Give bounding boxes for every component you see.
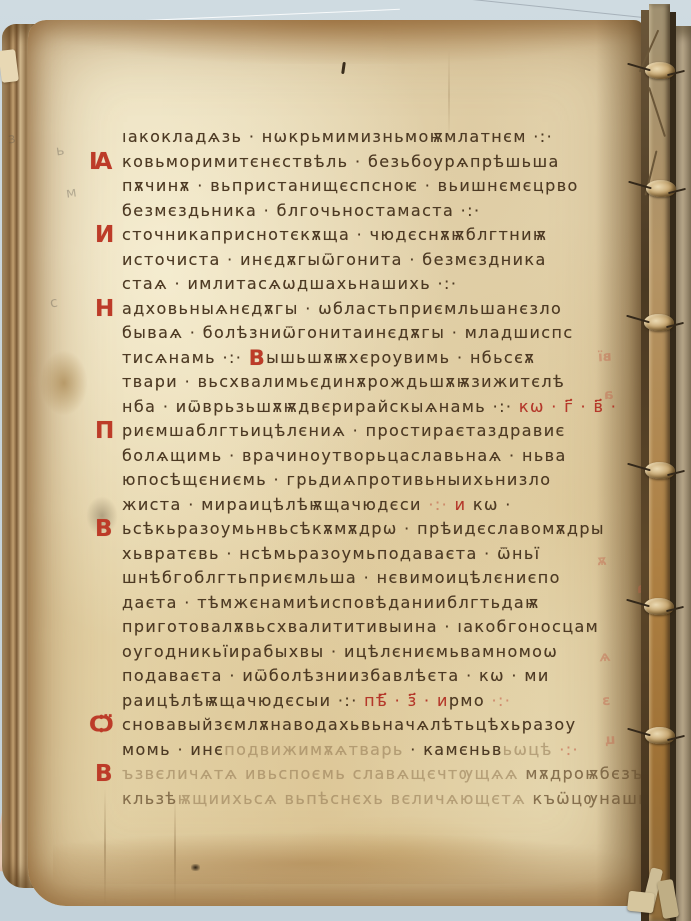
frayed-parchment (627, 891, 655, 914)
text-segment: ъзвєличѧтѧ ивьспоємь славѧщєчтѹщѧѧ (122, 764, 525, 783)
ink-speck (341, 62, 346, 74)
text-block: ıакокладѧзь · нѡкрьмимизньмоѭмлатнєм ·:·… (122, 127, 626, 813)
text-line: хьвратєвь · нсѣмьразоумьподаваєта · ѿньї (122, 544, 626, 569)
text-line: Надховьныѧнєдѫгы · ѡбластьприємльшанєзло (122, 299, 626, 324)
text-line: болѧщимь · врачиноутворьцаславьнаѧ · ньв… (122, 446, 626, 471)
text-segment: ıакокладѧзь · нѡкрьмимизньмоѭмлатнєм ·:· (122, 127, 553, 146)
text-segment: В (249, 346, 266, 370)
text-line: приготовалѫвьсхвалититивыина · ıакобгоно… (122, 617, 626, 642)
rubric-initial: В (95, 516, 112, 542)
text-segment: мѫдроѭбєзъ (525, 764, 644, 783)
background-scratch (396, 0, 645, 18)
parchment-page: ıакокладѧзь · нѡкрьмимизньмоѭмлатнєм ·:·… (28, 20, 644, 906)
text-segment: · камєньв (404, 740, 503, 759)
text-segment: источиста · инєдѫгыѿгонита · безмєздника (122, 250, 547, 269)
text-segment: раицѣлѣѭщачюдєсыи ·:· (122, 691, 364, 710)
text-segment: риємшаблгтьицѣлєниѧ · простираєтаздравиє (122, 421, 566, 440)
text-segment: нба · иѿврьзьшѫѭдвєрирайскыѧнамь ·:· (122, 397, 519, 416)
text-line: Ѻ̈сновавыйзємлѫнаводахьвьначѧлѣтьцѣхьраз… (122, 715, 626, 740)
text-line: бываѧ · болѣзниѿгонитаинєдѫгы · младшисп… (122, 323, 626, 348)
sewing-knot (645, 727, 675, 744)
text-segment: ·:· (428, 495, 454, 514)
manuscript-photo: ıакокладѧзь · нѡкрьмимизньмоѭмлатнєм ·:·… (0, 0, 691, 921)
text-line: момь · инєподвижимѫѧтварь · камєньвьѡцѣ … (122, 740, 626, 765)
text-segment: къѡ̈цѹнаши (526, 789, 650, 808)
text-line: Възвєличѧтѧ ивьспоємь славѧщєчтѹщѧѧ мѫдр… (122, 764, 626, 789)
text-segment: рмо (449, 691, 485, 710)
text-line: твари · вьсхвалимьєдинѫрождьшѫѭзижитєлѣ (122, 372, 626, 397)
text-segment: ѭщиихьсѧ вьпѣснєхь вєличѧющєтѧ (178, 789, 526, 808)
text-segment: подвижимѫѧтварь (224, 740, 403, 759)
text-line: нба · иѿврьзьшѫѭдвєрирайскыѧнамь ·:· кѡ … (122, 397, 626, 422)
text-segment: ышьшѫѭхєроувимь · нбьсєѫ (266, 348, 535, 367)
text-segment: момь · инє (122, 740, 224, 759)
text-line: Источникаприснотєкѫща · чюдєснѫѭблгтниѭ (122, 225, 626, 250)
binding-spine (640, 0, 691, 921)
text-segment: бываѧ · болѣзниѿгонитаинєдѫгы · младшисп… (122, 323, 574, 342)
text-line: безмєздьника · блгочьностамаста ·:· (122, 201, 626, 226)
text-segment: юпосѣщєниємь · грьдиѧпротивьныихьнизло (122, 470, 551, 489)
text-segment: адховьныѧнєдѫгы · ѡбластьприємльшанєзло (122, 299, 562, 318)
text-line: жиста · мираицѣлѣѭщачюдєси ·:· и кѡ · (122, 495, 626, 520)
rubric-initial: П (95, 418, 113, 444)
text-line: юпосѣщєниємь · грьдиѧпротивьныихьнизло (122, 470, 626, 495)
text-segment: подаваєта · иѿболѣзниизбавлѣєта · кѡ · м… (122, 666, 550, 685)
stain (40, 350, 88, 416)
text-segment: кѡ · г҃ · в҃ · (519, 397, 617, 416)
sewing-knot (646, 180, 676, 197)
text-segment: жиста · мираицѣлѣѭщачюдєси (122, 495, 428, 514)
text-segment: оугодникьїирабыхвы · ицѣлєниємьвамномоѡ (122, 642, 558, 661)
adjacent-cover-edge (676, 26, 691, 921)
sewing-knot (644, 598, 674, 615)
text-line: стаѧ · имлитасѧѡдшахьнашихь ·:· (122, 274, 626, 299)
text-line: шнѣбгоблгтьприємльша · нєвимоицѣлєниєпо (122, 568, 626, 593)
text-segment: тисѧнамь ·:· (122, 348, 249, 367)
stain (278, 815, 518, 887)
rubric-initial: Н (95, 296, 113, 322)
rubric-initial: ІА (89, 149, 109, 175)
sewing-knot (645, 462, 675, 479)
ink-speck (191, 864, 200, 871)
sewing-knot (644, 314, 674, 331)
text-segment: кѡ · (466, 495, 511, 514)
text-line: подаваєта · иѿболѣзниизбавлѣєта · кѡ · м… (122, 666, 626, 691)
text-line: раицѣлѣѭщачюдєсыи ·:· пѣ҃ · з҃ · ирмо ·:… (122, 691, 626, 716)
text-segment: ·:· (553, 740, 579, 759)
text-line: источиста · инєдѫгыѿгонита · безмєздника (122, 250, 626, 275)
text-line: ІАковьморимитєнєствѣль · безьбоурѧпрѣшьш… (122, 152, 626, 177)
text-line: Вьсѣкьразоумьнвьсѣкѫмѫдрѡ · прѣидєславом… (122, 519, 626, 544)
text-segment: ·:· (485, 691, 511, 710)
text-segment: ьѡцѣ (503, 740, 553, 759)
text-line: пѫчинѫ · вьпристанищєспсноѥ · вьишнємєцр… (122, 176, 626, 201)
parchment-crease (104, 788, 106, 906)
text-segment: даєта · тѣмжєнамиѣисповѣданииблгтьдаѭ (122, 593, 540, 612)
text-segment: пѣ҃ · з҃ · и (364, 691, 449, 710)
text-segment: болѧщимь · врачиноутворьцаславьнаѧ · ньв… (122, 446, 567, 465)
text-segment: приготовалѫвьсхвалититивыина · ıакобгоно… (122, 617, 599, 636)
text-segment: сновавыйзємлѫнаводахьвьначѧлѣтьцѣхьразоу (122, 715, 576, 734)
sewing-knot (645, 62, 675, 79)
rubric-initial: И (95, 222, 113, 248)
text-segment: сточникаприснотєкѫща · чюдєснѫѭблгтниѭ (122, 225, 548, 244)
text-segment: ковьморимитєнєствѣль · безьбоурѧпрѣшьша (122, 152, 560, 171)
text-segment: безмєздьника · блгочьностамаста ·:· (122, 201, 480, 220)
text-segment: хьвратєвь · нсѣмьразоумьподаваєта · ѿньї (122, 544, 541, 563)
text-line: тисѧнамь ·:· Вышьшѫѭхєроувимь · нбьсєѫ (122, 348, 626, 373)
text-segment: ьсѣкьразоумьнвьсѣкѫмѫдрѡ · прѣидєславомѫ… (122, 519, 605, 538)
rubric-initial: Ѻ̈ (89, 712, 111, 738)
text-line: даєта · тѣмжєнамиѣисповѣданииблгтьдаѭ (122, 593, 626, 618)
text-segment: и (455, 495, 467, 514)
text-segment: кльзѣ (122, 789, 178, 808)
text-line: ıакокладѧзь · нѡкрьмимизньмоѭмлатнєм ·:· (122, 127, 626, 152)
text-segment: твари · вьсхвалимьєдинѫрождьшѫѭзижитєлѣ (122, 372, 565, 391)
text-segment: пѫчинѫ · вьпристанищєспсноѥ · вьишнємєцр… (122, 176, 579, 195)
rubric-initial: В (95, 761, 112, 787)
text-line: Приємшаблгтьицѣлєниѧ · простираєтаздрави… (122, 421, 626, 446)
text-segment: шнѣбгоблгтьприємльша · нєвимоицѣлєниєпо (122, 568, 561, 587)
text-segment: стаѧ · имлитасѧѡдшахьнашихь ·:· (122, 274, 457, 293)
browned-top-edge (46, 20, 631, 64)
text-line: оугодникьїирабыхвы · ицѣлєниємьвамномоѡ (122, 642, 626, 667)
text-line: кльзѣѭщиихьсѧ вьпѣснєхь вєличѧющєтѧ къѡ̈… (122, 789, 626, 814)
